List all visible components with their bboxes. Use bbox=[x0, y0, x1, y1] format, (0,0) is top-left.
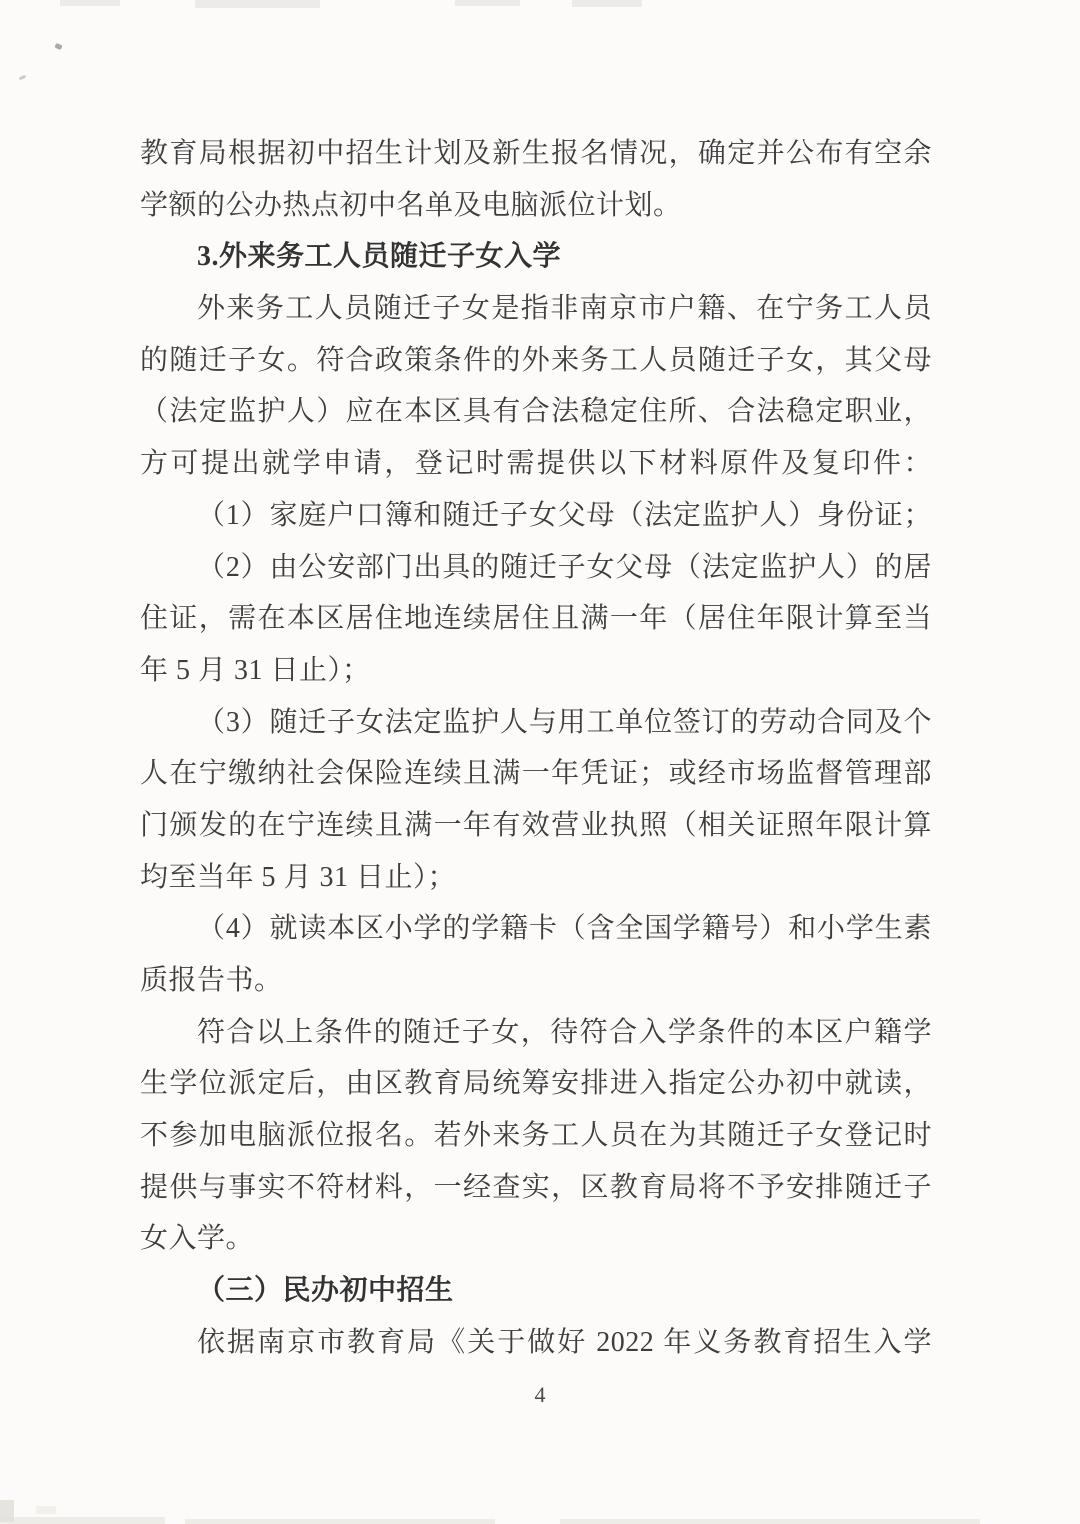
page-number: 4 bbox=[0, 1382, 1080, 1408]
text-line-10: 住证，需在本区居住地连续居住且满一年（居住年限计算至当 bbox=[140, 593, 932, 645]
scan-speck-2 bbox=[19, 75, 27, 81]
text-line-17: 质报告书。 bbox=[140, 955, 932, 1007]
scan-band-bottom-1 bbox=[0, 1517, 165, 1524]
text-line-13: 人在宁缴纳社会保险连续且满一年凭证；或经市场监督管理部 bbox=[140, 748, 932, 800]
text-line-11: 年 5 月 31 日止）； bbox=[140, 645, 932, 697]
text-line-20: 不参加电脑派位报名。若外来务工人员在为其随迁子女登记时 bbox=[140, 1110, 932, 1162]
text-line-18: 符合以上条件的随迁子女，待符合入学条件的本区户籍学 bbox=[140, 1007, 932, 1059]
text-line-16: （4）就读本区小学的学籍卡（含全国学籍号）和小学生素 bbox=[140, 903, 932, 955]
scan-smudge-top-1 bbox=[60, 0, 120, 6]
text-line-12: （3）随迁子女法定监护人与用工单位签订的劳动合同及个 bbox=[140, 697, 932, 749]
text-line-23: （三）民办初中招生 bbox=[140, 1265, 932, 1317]
scan-band-bottom-3 bbox=[560, 1519, 980, 1524]
text-line-19: 生学位派定后，由区教育局统筹安排进入指定公办初中就读， bbox=[140, 1058, 932, 1110]
scan-smudge-top-2 bbox=[195, 0, 320, 8]
scan-band-bottom-5 bbox=[36, 1506, 56, 1514]
text-line-15: 均至当年 5 月 31 日止）； bbox=[140, 852, 932, 904]
text-line-1: 教育局根据初中招生计划及新生报名情况，确定并公布有空余 bbox=[140, 128, 932, 180]
text-line-7: 方可提出就学申请，登记时需提供以下材料原件及复印件： bbox=[140, 438, 932, 490]
text-line-9: （2）由公安部门出具的随迁子女父母（法定监护人）的居 bbox=[140, 542, 932, 594]
text-line-22: 女入学。 bbox=[140, 1213, 932, 1265]
scan-smudge-top-4 bbox=[572, 0, 642, 7]
text-line-24: 依据南京市教育局《关于做好 2022 年义务教育招生入学 bbox=[140, 1317, 932, 1369]
text-line-3: 3.外来务工人员随迁子女入学 bbox=[140, 231, 932, 283]
scan-speck-1 bbox=[54, 43, 62, 50]
scan-smudge-top-3 bbox=[455, 0, 520, 6]
scan-band-bottom-4 bbox=[0, 1500, 14, 1522]
text-line-5: 的随迁子女。符合政策条件的外来务工人员随迁子女，其父母 bbox=[140, 335, 932, 387]
text-line-8: （1）家庭户口簿和随迁子女父母（法定监护人）身份证； bbox=[140, 490, 932, 542]
text-line-2: 学额的公办热点初中名单及电脑派位计划。 bbox=[140, 180, 932, 232]
text-line-6: （法定监护人）应在本区具有合法稳定住所、合法稳定职业， bbox=[140, 386, 932, 438]
text-line-21: 提供与事实不符材料，一经查实，区教育局将不予安排随迁子 bbox=[140, 1162, 932, 1214]
text-line-14: 门颁发的在宁连续且满一年有效营业执照（相关证照年限计算 bbox=[140, 800, 932, 852]
text-line-4: 外来务工人员随迁子女是指非南京市户籍、在宁务工人员 bbox=[140, 283, 932, 335]
document-body: 教育局根据初中招生计划及新生报名情况，确定并公布有空余学额的公办热点初中名单及电… bbox=[140, 128, 932, 1369]
scan-band-bottom-2 bbox=[185, 1519, 495, 1524]
document-page: 教育局根据初中招生计划及新生报名情况，确定并公布有空余学额的公办热点初中名单及电… bbox=[0, 0, 1080, 1524]
